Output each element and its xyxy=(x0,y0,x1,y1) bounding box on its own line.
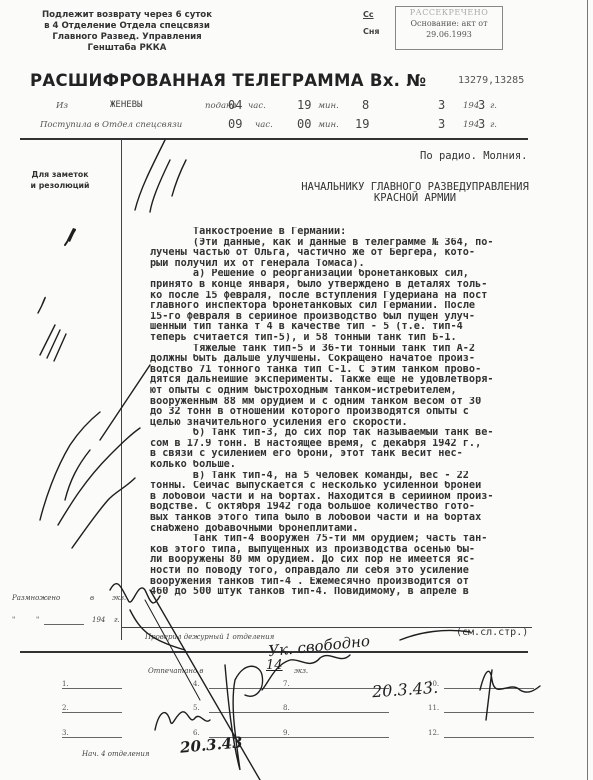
handwriting-strokes xyxy=(0,0,593,780)
